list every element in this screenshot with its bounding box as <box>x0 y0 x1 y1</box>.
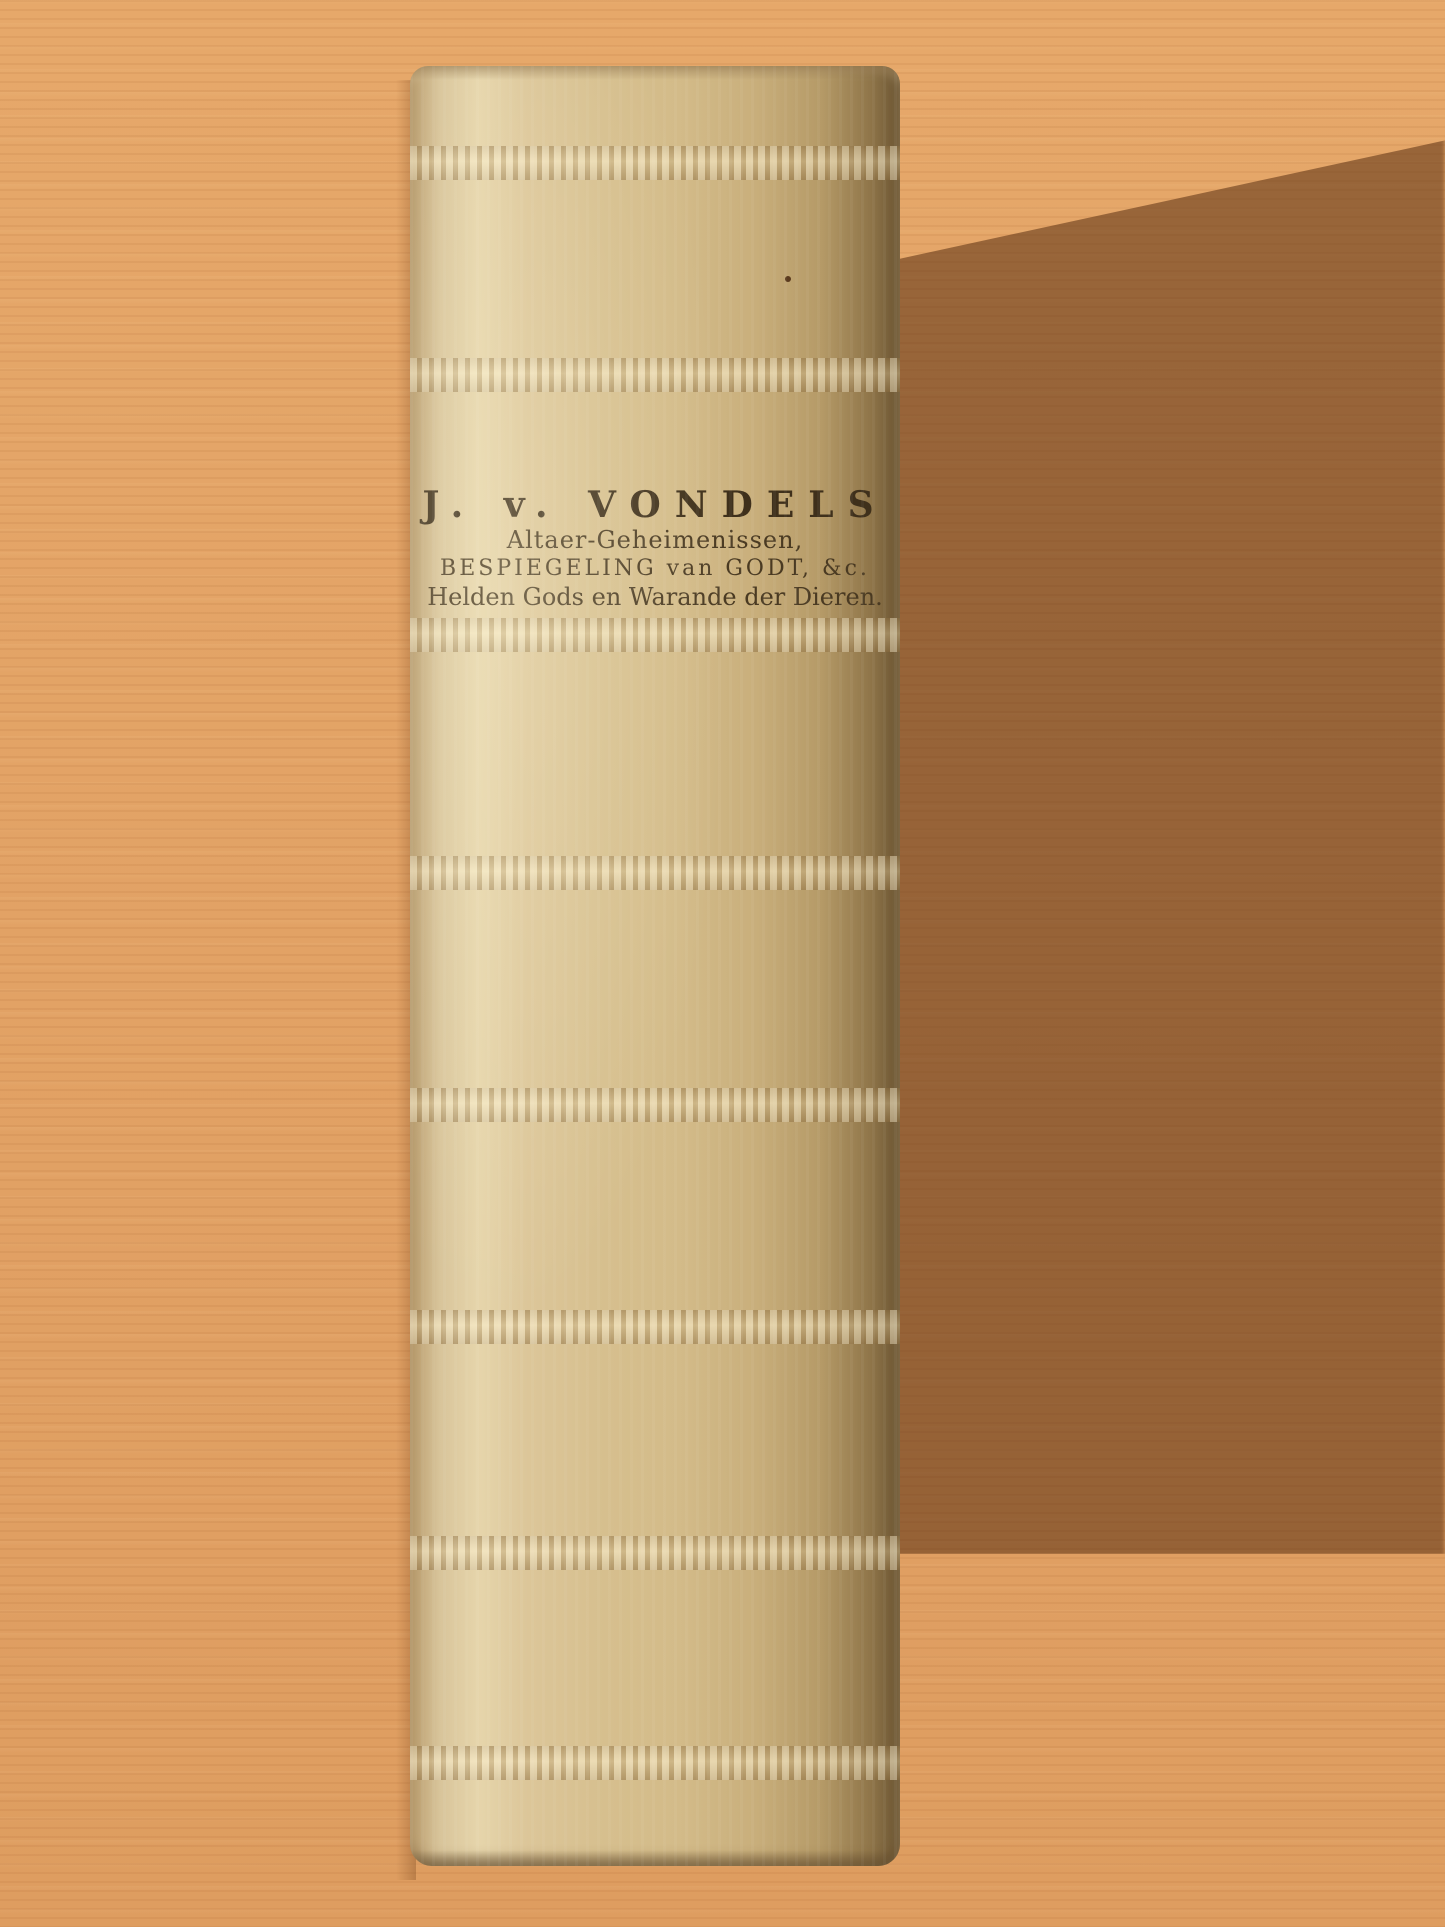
title-line-2: BESPIEGELING van GODT, &c. <box>422 556 888 581</box>
spine-bottom-edge <box>410 1850 900 1866</box>
title-line-1: Altaer-Geheimenissen, <box>422 526 888 554</box>
spine-top-edge <box>410 66 900 80</box>
book-spine: J. v. VONDELS Altaer-Geheimenissen, BESP… <box>410 66 900 1866</box>
raised-band-6 <box>410 1536 900 1570</box>
raised-band-3 <box>410 856 900 890</box>
raised-band-4 <box>410 1088 900 1122</box>
title-line-3: Helden Gods en Warande der Dieren. <box>422 583 888 611</box>
author-line: J. v. VONDELS <box>422 484 888 526</box>
raised-band-1 <box>410 358 900 392</box>
spine-mark <box>785 276 791 282</box>
spine-title-label: J. v. VONDELS Altaer-Geheimenissen, BESP… <box>422 452 888 652</box>
raised-band-tailcap <box>410 1746 900 1780</box>
raised-band-headcap <box>410 146 900 180</box>
raised-band-5 <box>410 1310 900 1344</box>
